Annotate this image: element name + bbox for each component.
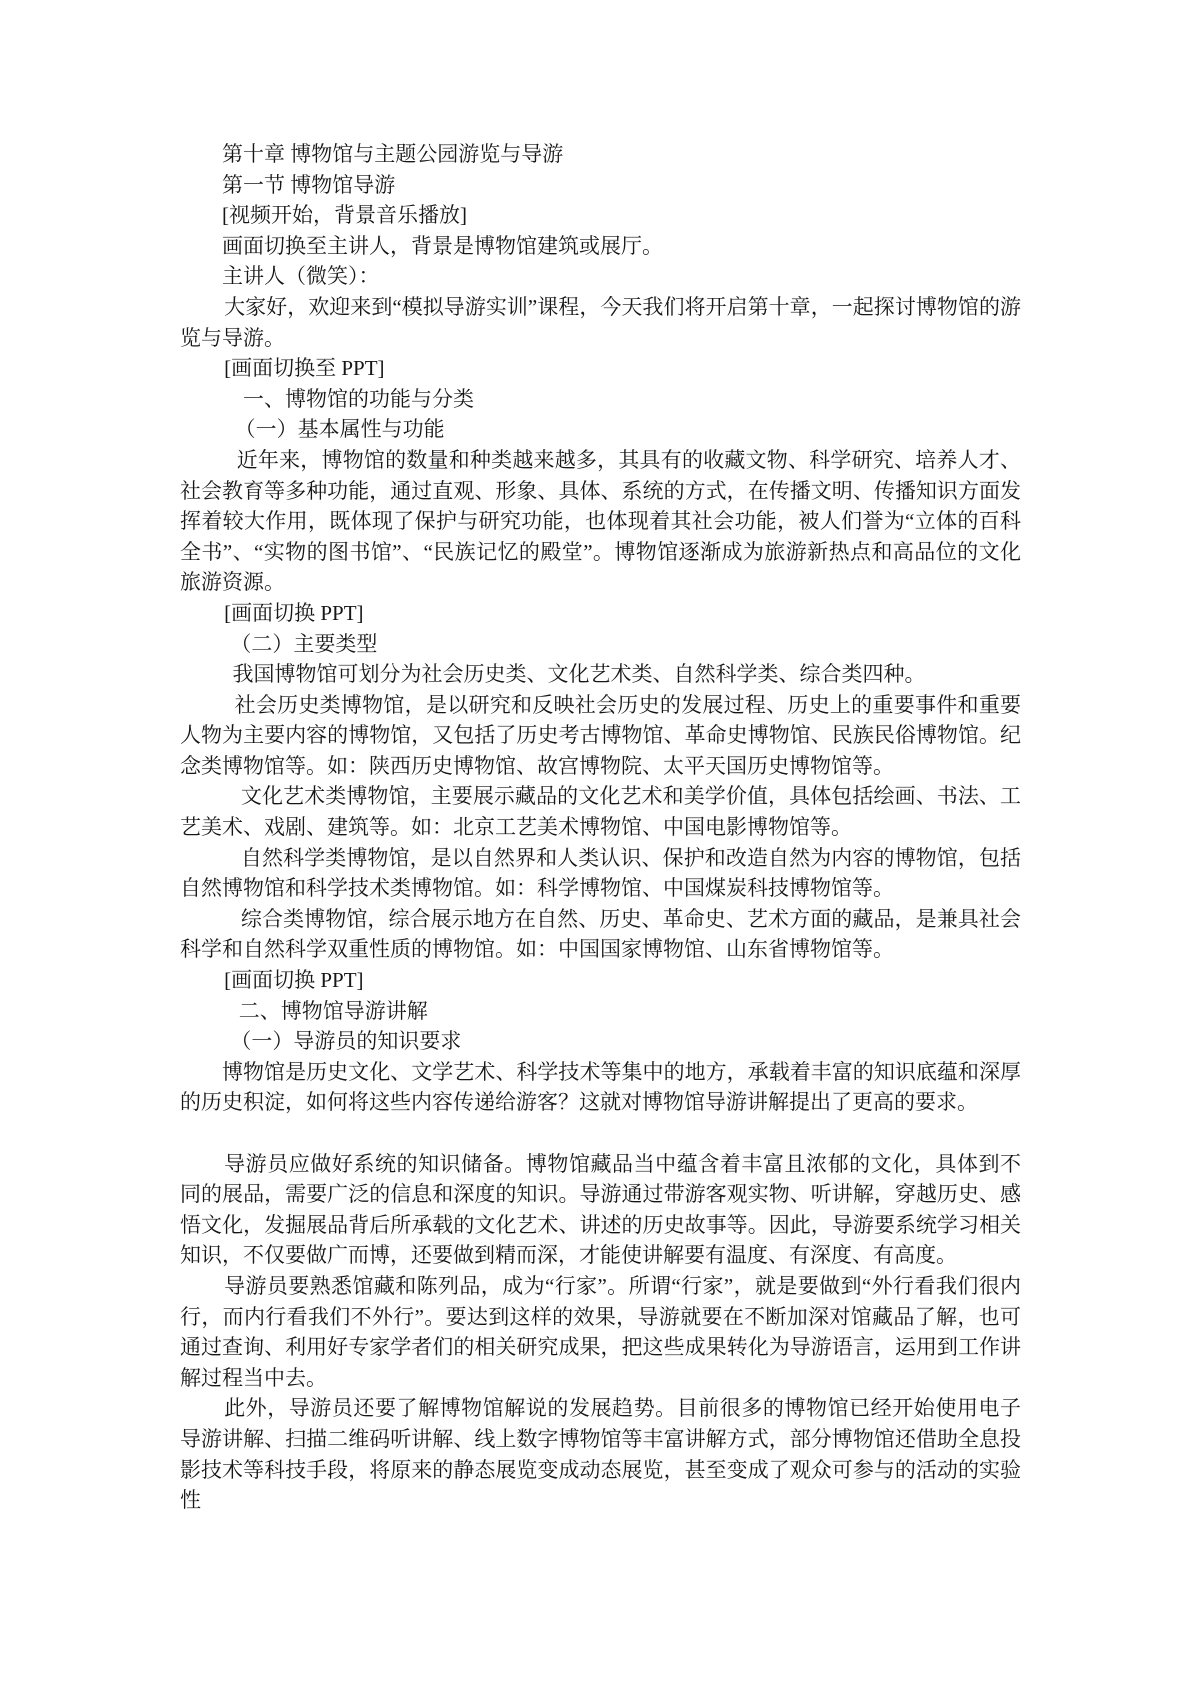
paragraph: 社会历史类博物馆，是以研究和反映社会历史的发展过程、历史上的重要事件和重要人物为… [180,690,1021,782]
paragraph: 此外，导游员还要了解博物馆解说的发展趋势。目前很多的博物馆已经开始使用电子导游讲… [180,1393,1021,1515]
paragraph: 综合类博物馆，综合展示地方在自然、历史、革命史、艺术方面的藏品，是兼具社会科学和… [180,904,1021,965]
paragraph: 第一节 博物馆导游 [180,170,1021,201]
paragraph: [视频开始，背景音乐播放] [180,200,1021,231]
paragraph: 二、博物馆导游讲解 [180,996,1021,1027]
paragraph: 导游员应做好系统的知识储备。博物馆藏品当中蕴含着丰富且浓郁的文化，具体到不同的展… [180,1149,1021,1271]
paragraph: （一）基本属性与功能 [180,414,1021,445]
paragraph: [画面切换至 PPT] [180,353,1021,384]
blank-line [180,1118,1021,1149]
paragraph: [画面切换 PPT] [180,598,1021,629]
paragraph: 近年来，博物馆的数量和种类越来越多，其具有的收藏文物、科学研究、培养人才、社会教… [180,445,1021,598]
paragraph: 导游员要熟悉馆藏和陈列品，成为“行家”。所谓“行家”，就是要做到“外行看我们很内… [180,1271,1021,1393]
paragraph: 博物馆是历史文化、文学艺术、科学技术等集中的地方，承载着丰富的知识底蕴和深厚的历… [180,1057,1021,1118]
paragraph: [画面切换 PPT] [180,965,1021,996]
document-body: 第十章 博物馆与主题公园游览与导游第一节 博物馆导游[视频开始，背景音乐播放]画… [180,139,1021,1516]
paragraph: 主讲人（微笑）： [180,261,1021,292]
paragraph: 画面切换至主讲人，背景是博物馆建筑或展厅。 [180,231,1021,262]
paragraph: 一、博物馆的功能与分类 [180,384,1021,415]
document-page: 第十章 博物馆与主题公园游览与导游第一节 博物馆导游[视频开始，背景音乐播放]画… [0,0,1190,1683]
paragraph: （一）导游员的知识要求 [180,1026,1021,1057]
paragraph: （二）主要类型 [180,629,1021,660]
paragraph: 我国博物馆可划分为社会历史类、文化艺术类、自然科学类、综合类四种。 [180,659,1021,690]
paragraph: 第十章 博物馆与主题公园游览与导游 [180,139,1021,170]
paragraph: 大家好，欢迎来到“模拟导游实训”课程，今天我们将开启第十章，一起探讨博物馆的游览… [180,292,1021,353]
paragraph: 自然科学类博物馆，是以自然界和人类认识、保护和改造自然为内容的博物馆，包括自然博… [180,843,1021,904]
paragraph: 文化艺术类博物馆，主要展示藏品的文化艺术和美学价值，具体包括绘画、书法、工艺美术… [180,781,1021,842]
